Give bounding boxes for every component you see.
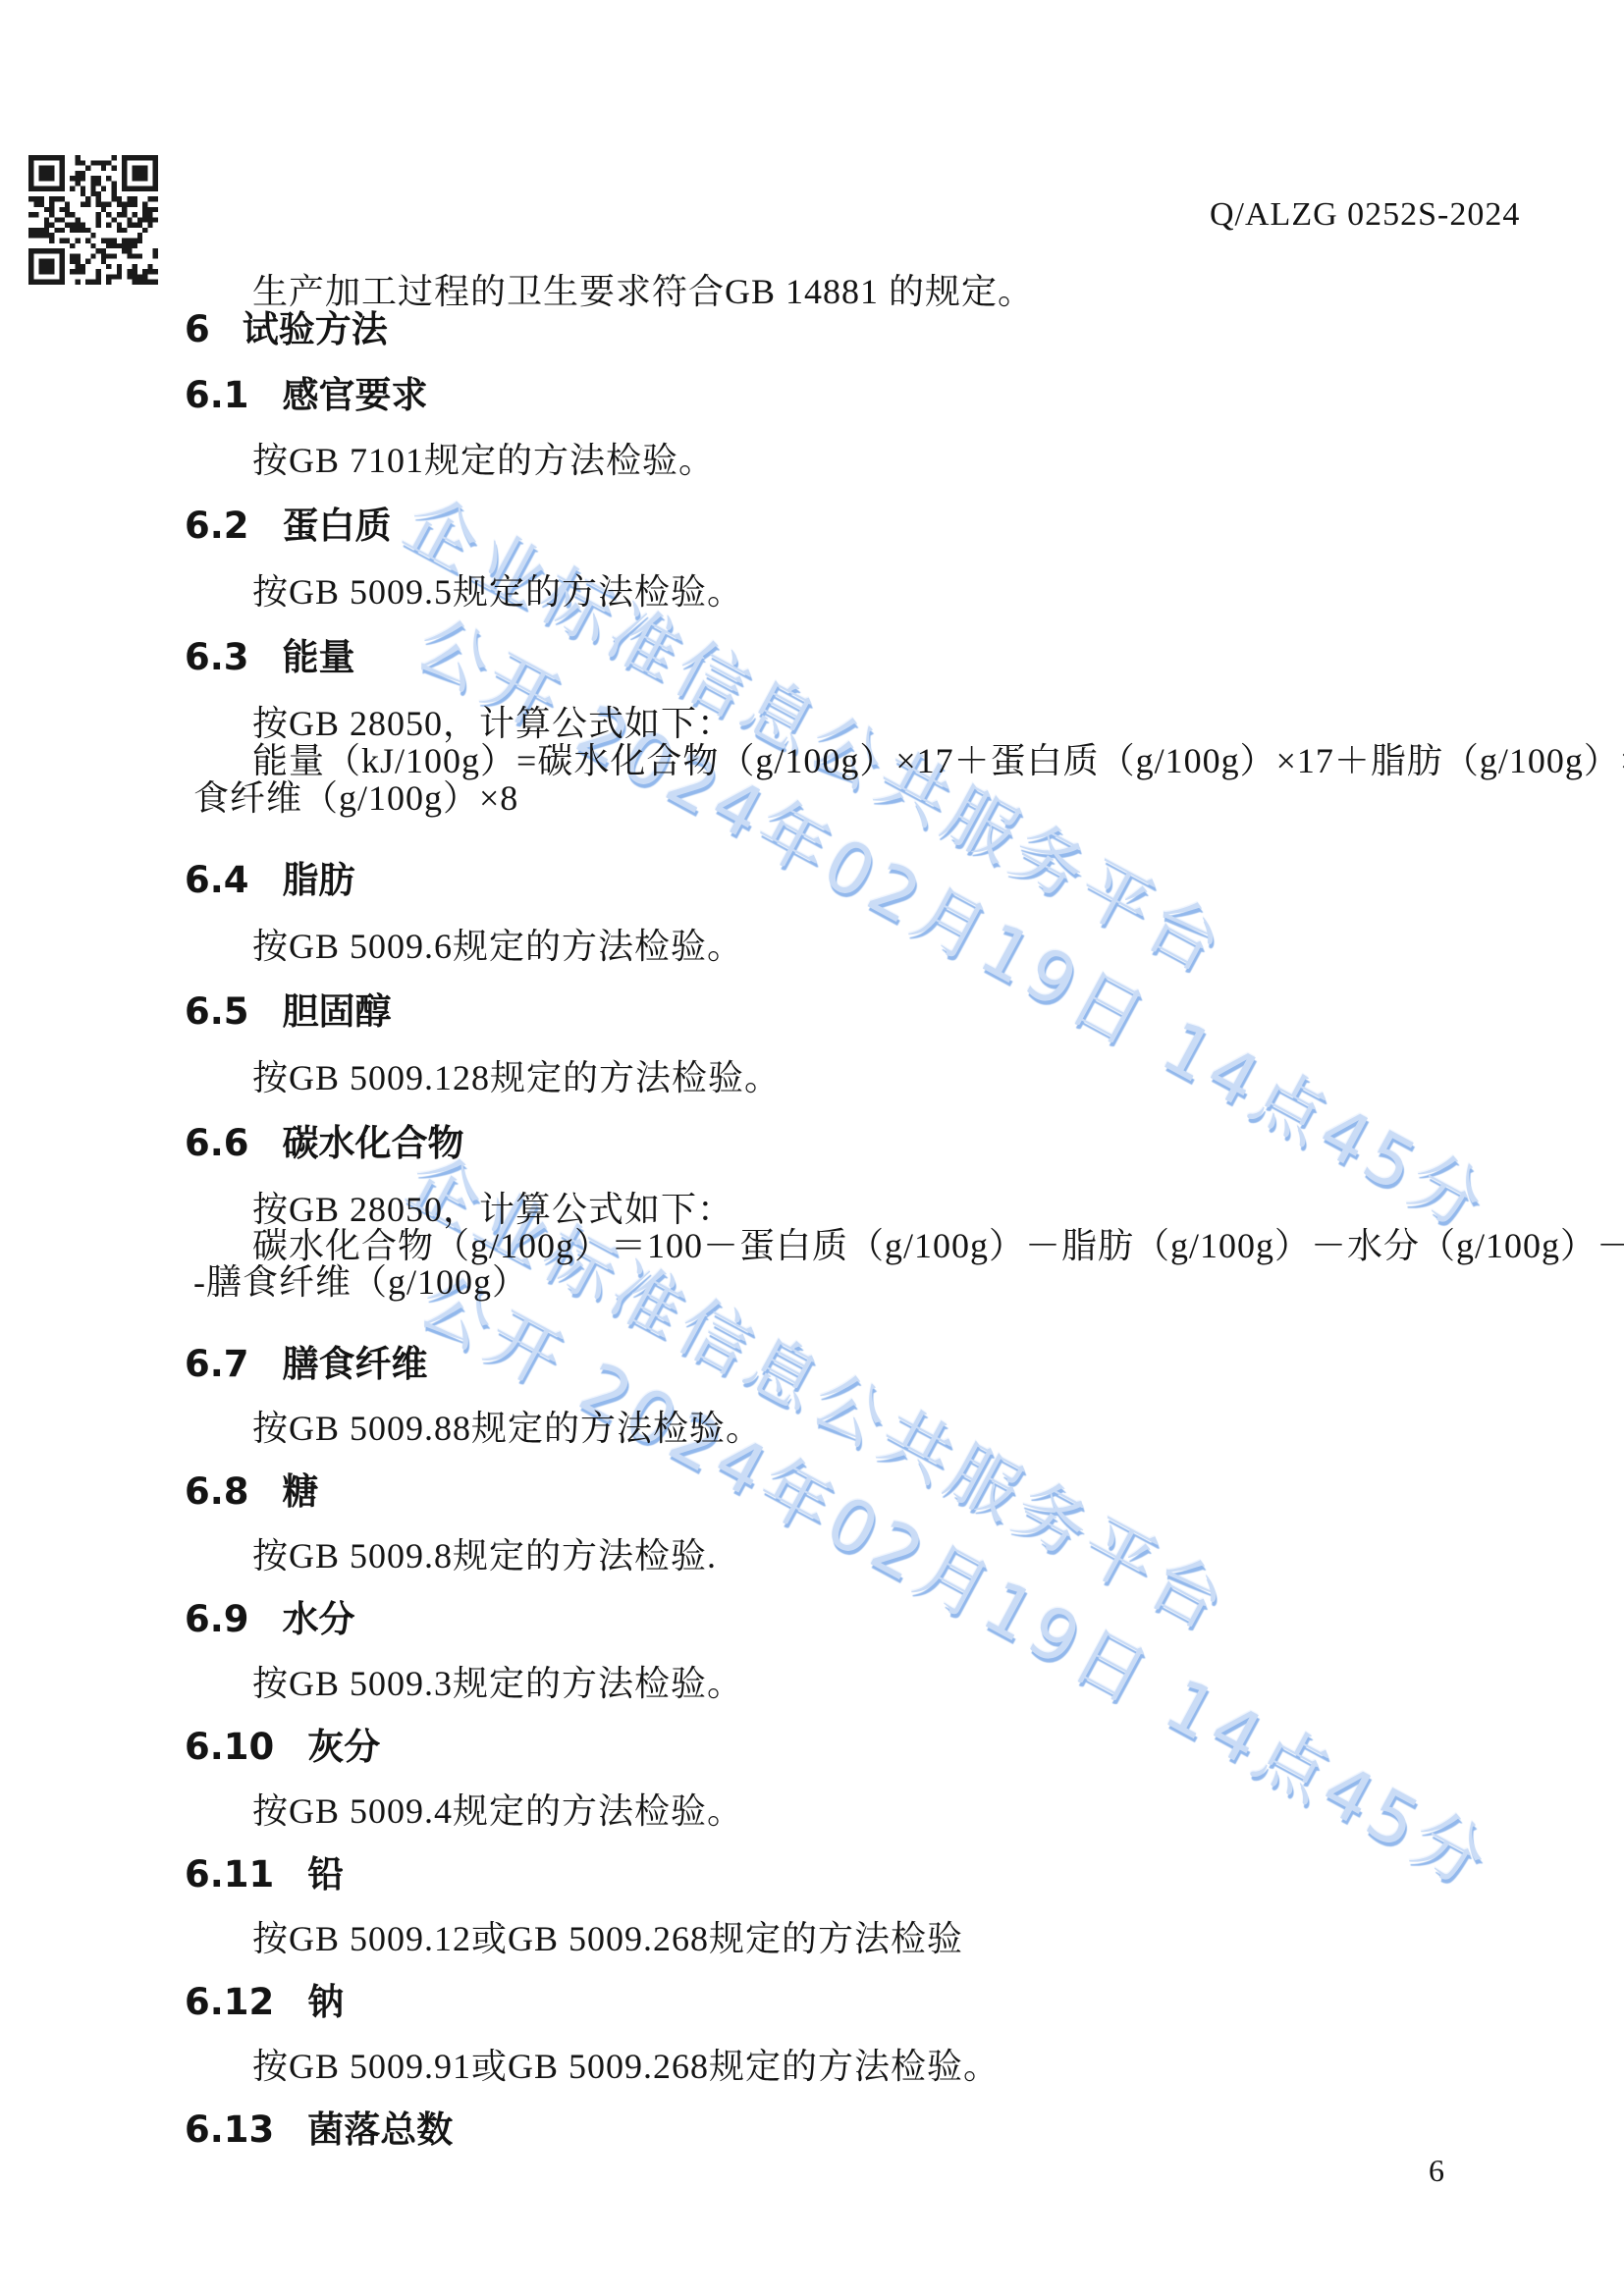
section-title: 钠 bbox=[307, 1981, 344, 2023]
section-body-line: 按GB 5009.5规定的方法检验。 bbox=[252, 571, 743, 614]
section-title: 灰分 bbox=[307, 1726, 380, 1768]
section-heading-6-10: 6.10灰分 bbox=[185, 1727, 380, 1769]
section-number: 6.4 bbox=[185, 859, 249, 901]
section-heading-6-6: 6.6碳水化合物 bbox=[185, 1123, 464, 1165]
section-number: 6.10 bbox=[185, 1726, 274, 1768]
section-heading-6-12: 6.12钠 bbox=[185, 1982, 344, 2024]
section-number: 6.9 bbox=[185, 1598, 249, 1640]
section-body-line: 按GB 5009.91或GB 5009.268规定的方法检验。 bbox=[252, 2046, 1000, 2088]
section-number: 6.2 bbox=[185, 505, 249, 547]
section-number: 6.6 bbox=[185, 1122, 249, 1164]
section-body-line: 按GB 28050，计算公式如下： bbox=[252, 703, 733, 745]
section-number: 6.12 bbox=[185, 1981, 274, 2023]
section-body-line: 按GB 5009.3规定的方法检验。 bbox=[252, 1663, 743, 1705]
section-number: 6.7 bbox=[185, 1343, 249, 1385]
section-title: 感官要求 bbox=[283, 374, 428, 416]
section-number: 6.1 bbox=[185, 374, 249, 416]
section-title: 碳水化合物 bbox=[283, 1122, 464, 1164]
section-heading-6-1: 6.1感官要求 bbox=[185, 375, 428, 417]
chapter-title: 试验方法 bbox=[243, 308, 388, 350]
section-heading-6-5: 6.5胆固醇 bbox=[185, 991, 392, 1034]
section-title: 胆固醇 bbox=[283, 990, 392, 1033]
formula-line-continuation: 食纤维（g/100g）×8 bbox=[193, 777, 518, 820]
section-heading-6-2: 6.2蛋白质 bbox=[185, 506, 392, 548]
section-heading-6-11: 6.11铅 bbox=[185, 1854, 344, 1896]
document-page: Q/ALZG 0252S-2024 企业标准信息公共服务平台 公开2024年02… bbox=[0, 0, 1624, 2296]
section-number: 6.11 bbox=[185, 1853, 274, 1896]
section-title: 蛋白质 bbox=[283, 505, 392, 547]
section-heading-6-3: 6.3能量 bbox=[185, 637, 355, 679]
section-body-line: 按GB 5009.88规定的方法检验。 bbox=[252, 1408, 762, 1450]
page-number: 6 bbox=[1429, 2153, 1444, 2189]
section-title: 铅 bbox=[307, 1853, 344, 1896]
header-standard-code: Q/ALZG 0252S-2024 bbox=[1210, 196, 1520, 234]
section-heading-6-4: 6.4脂肪 bbox=[185, 860, 355, 902]
section-body-line: 按GB 7101规定的方法检验。 bbox=[252, 440, 715, 482]
section-body-line: 按GB 5009.6规定的方法检验。 bbox=[252, 926, 743, 968]
chapter-heading: 6试验方法 bbox=[185, 309, 388, 351]
section-title: 糖 bbox=[283, 1470, 319, 1513]
section-title: 菌落总数 bbox=[307, 2109, 453, 2151]
section-body-line: 按GB 5009.12或GB 5009.268规定的方法检验 bbox=[252, 1918, 963, 1960]
formula-line-continuation: -膳食纤维（g/100g） bbox=[193, 1261, 528, 1304]
section-heading-6-8: 6.8糖 bbox=[185, 1471, 319, 1514]
section-heading-6-7: 6.7膳食纤维 bbox=[185, 1344, 428, 1386]
section-number: 6.5 bbox=[185, 990, 249, 1033]
section-title: 水分 bbox=[283, 1598, 355, 1640]
section-title: 能量 bbox=[283, 636, 355, 678]
section-body-line: 按GB 5009.8规定的方法检验. bbox=[252, 1535, 717, 1577]
section-title: 膳食纤维 bbox=[283, 1343, 428, 1385]
chapter-number: 6 bbox=[185, 308, 210, 350]
intro-paragraph: 生产加工过程的卫生要求符合GB 14881 的规定。 bbox=[252, 271, 1034, 313]
section-number: 6.3 bbox=[185, 636, 249, 678]
section-heading-6-13: 6.13菌落总数 bbox=[185, 2109, 453, 2152]
section-body-line: 按GB 5009.128规定的方法检验。 bbox=[252, 1057, 781, 1099]
section-number: 6.13 bbox=[185, 2109, 274, 2151]
formula-line: 能量（kJ/100g）=碳水化合物（g/100g）×17＋蛋白质（g/100g）… bbox=[252, 740, 1624, 782]
section-heading-6-9: 6.9水分 bbox=[185, 1599, 355, 1641]
qr-code bbox=[28, 155, 158, 285]
section-body-line: 按GB 5009.4规定的方法检验。 bbox=[252, 1790, 743, 1833]
section-title: 脂肪 bbox=[283, 859, 355, 901]
section-number: 6.8 bbox=[185, 1470, 249, 1513]
